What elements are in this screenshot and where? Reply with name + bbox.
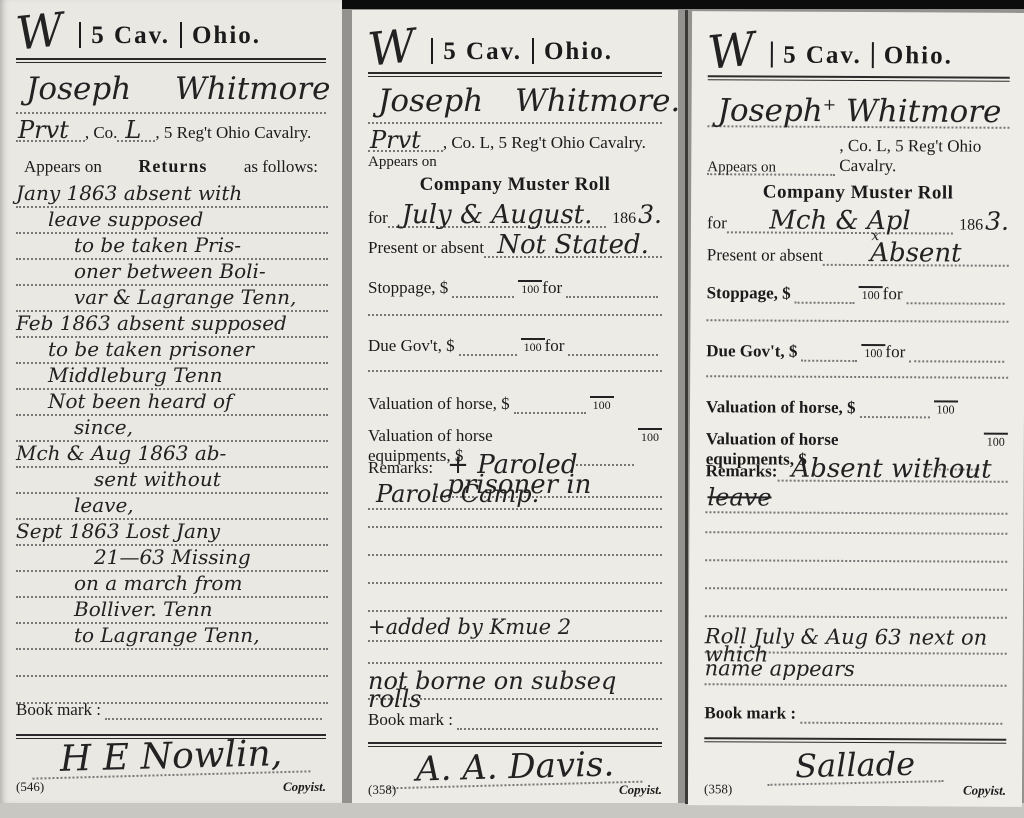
scanned-document: W 5 Cav. Ohio. Joseph Whitmore Prvt , Co… xyxy=(0,0,1024,818)
present-blank: Not Stated. xyxy=(484,236,662,258)
state-label: Ohio. xyxy=(884,42,953,70)
plate-number: (358) xyxy=(704,781,732,797)
entry-line: to Lagrange Tenn, xyxy=(16,624,328,650)
unit-label: 5 Cav. xyxy=(443,38,522,66)
blank-line xyxy=(705,615,1007,619)
year-printed: 186 xyxy=(953,217,985,235)
remarks-label: Remarks: xyxy=(368,458,433,478)
header-rule xyxy=(16,58,326,63)
amount-blank xyxy=(860,398,930,418)
reason-blank xyxy=(566,278,658,298)
as-follows-label: as follows: xyxy=(244,157,318,177)
remarks-blank: Absent without xyxy=(777,460,1007,483)
reason-blank xyxy=(906,284,1004,305)
header-divider xyxy=(79,22,81,48)
cents-fraction: 100 xyxy=(934,400,958,417)
book-mark-blank xyxy=(457,710,658,730)
reference-mark: + xyxy=(823,95,837,114)
reason-blank xyxy=(568,336,658,356)
blank-line xyxy=(16,650,328,677)
entry-line: Feb 1863 absent supposed xyxy=(16,312,328,338)
returns-entries: Jany 1863 absent with leave supposed to … xyxy=(16,182,328,704)
entry-line: leave supposed xyxy=(16,208,328,234)
appears-on-label: Appears on xyxy=(368,154,437,171)
muster-title-row: Company Muster Roll xyxy=(368,174,662,196)
note-row: not borne on subseq rolls xyxy=(368,672,662,700)
plate-number: (358) xyxy=(368,782,396,798)
soldier-first-name: Joseph xyxy=(717,93,822,130)
rank-row: Prvt , Co. L, 5 Reg't Ohio Cavalry. xyxy=(368,130,662,153)
remarks-value: Parole Camp. xyxy=(368,486,539,502)
due-govt-row: Due Gov't, $ 100 for xyxy=(706,341,1008,363)
present-or-absent-label: Present or absent xyxy=(707,245,823,266)
rank-row: Prvt , Co. L , 5 Reg't Ohio Cavalry. xyxy=(16,120,326,143)
blank-line xyxy=(368,554,662,556)
book-mark-row: Book mark : xyxy=(368,710,662,730)
copyist-signature: H E Nowlin, xyxy=(31,736,310,779)
record-type-label: Returns xyxy=(138,156,207,177)
blank-line xyxy=(368,314,662,316)
soldier-name: Joseph Whitmore. xyxy=(378,84,680,118)
entry-line: Mch & Aug 1863 ab- xyxy=(16,442,328,468)
entry-line: Jany 1863 absent with xyxy=(16,182,328,208)
for-label: for xyxy=(707,213,727,233)
card-gap-shadow xyxy=(685,10,688,804)
amount-blank xyxy=(459,336,517,356)
present-or-absent-label: Present or absent xyxy=(368,238,484,258)
present-value: Not Stated. xyxy=(497,230,649,260)
year-hand: 3. xyxy=(638,206,662,224)
entry-line: 21—63 Missing xyxy=(16,546,328,572)
entry-line: sent without xyxy=(16,468,328,494)
signature-row: Sallade xyxy=(704,747,1006,785)
blank-line xyxy=(706,319,1008,323)
rank-value: Prvt xyxy=(16,120,85,142)
unit-label: 5 Cav. xyxy=(91,22,170,50)
period-row: for July & August. 186 3. xyxy=(368,206,662,228)
stoppage-row: Stoppage, $ 100 for xyxy=(707,283,1009,305)
header-divider xyxy=(532,38,534,64)
stoppage-label: Stoppage, $ xyxy=(707,283,791,303)
for-word: for xyxy=(545,336,565,356)
soldier-name: Joseph+ Whitmore xyxy=(717,87,1001,129)
plate-number: (546) xyxy=(16,779,44,795)
reason-blank xyxy=(909,342,1004,362)
remarks-value: leave xyxy=(705,489,771,505)
present-or-absent-row: Present or absent Not Stated. xyxy=(368,236,662,258)
company-value: L xyxy=(117,120,155,142)
note-line: not borne on subseq rolls xyxy=(368,672,662,708)
due-govt-row: Due Gov't, $ 100 for xyxy=(368,336,662,356)
card-header: W 5 Cav. Ohio. xyxy=(16,12,326,50)
soldier-name-row: Joseph Whitmore. xyxy=(368,84,662,124)
appears-on-row: Appears on xyxy=(368,154,662,171)
signature-row: H E Nowlin, xyxy=(16,740,326,776)
signature-row: A. A. Davis. xyxy=(368,750,662,786)
copyist-label: Copyist. xyxy=(963,783,1006,799)
blank-line xyxy=(368,610,662,612)
remarks-label: Remarks: xyxy=(706,461,778,481)
entry-line: Sept 1863 Lost Jany xyxy=(16,520,328,546)
blank-line xyxy=(705,587,1007,591)
book-mark-label: Book mark : xyxy=(704,703,796,723)
unit-label: 5 Cav. xyxy=(783,42,862,70)
soldier-name: Joseph Whitmore xyxy=(26,72,330,106)
cents-fraction: 100 xyxy=(859,286,883,303)
book-mark-blank xyxy=(105,700,322,720)
entry-line: on a march from xyxy=(16,572,328,598)
handwritten-initial: W xyxy=(706,29,763,72)
year-printed: 186 xyxy=(606,210,638,228)
note-row: Roll July & Aug 63 next on which xyxy=(705,627,1007,655)
entry-line: to be taken Pris- xyxy=(16,234,328,260)
amount-blank xyxy=(514,394,586,414)
rank-value: Prvt xyxy=(368,130,443,152)
remarks-line2: leave xyxy=(705,489,1007,515)
period-blank: Mch & Apl xyxy=(727,211,953,234)
check-mark: x xyxy=(871,229,879,243)
scan-edge xyxy=(236,0,1024,9)
present-value: Absent xyxy=(870,238,961,268)
period-blank: July & August. xyxy=(388,206,606,228)
muster-roll-title: Company Muster Roll xyxy=(368,174,662,196)
soldier-name-row: Joseph+ Whitmore xyxy=(707,87,1009,129)
entry-line: Middleburg Tenn xyxy=(16,364,328,390)
copyist-label: Copyist. xyxy=(619,782,662,798)
blank-line xyxy=(705,531,1007,535)
amount-blank xyxy=(801,342,857,362)
stoppage-label: Stoppage, $ xyxy=(368,278,448,298)
state-label: Ohio. xyxy=(544,38,613,66)
muster-roll-title: Company Muster Roll xyxy=(707,181,1009,205)
soldier-name-row: Joseph Whitmore xyxy=(16,72,326,114)
card-footer: (546) Copyist. xyxy=(16,779,326,795)
soldier-last-name: Whitmore xyxy=(846,93,1002,130)
cents-fraction: 100 xyxy=(861,344,885,361)
valuation-horse-row: Valuation of horse, $ 100 xyxy=(368,394,662,414)
blank-line xyxy=(368,662,662,664)
header-divider xyxy=(872,42,874,68)
book-mark-label: Book mark : xyxy=(16,700,101,720)
amount-blank xyxy=(452,278,514,298)
copyist-label: Copyist. xyxy=(283,779,326,795)
amount-blank xyxy=(795,284,855,304)
card-footer: (358) Copyist. xyxy=(368,782,662,798)
cents-fraction: 100 xyxy=(590,396,614,412)
entry-line: var & Lagrange Tenn, xyxy=(16,286,328,312)
blank-line xyxy=(368,526,662,528)
header-rule xyxy=(368,72,662,77)
state-label: Ohio. xyxy=(192,22,261,50)
regiment-label: , 5 Reg't Ohio Cavalry. xyxy=(155,123,311,143)
appears-on-row: Appears on Returns as follows: xyxy=(16,156,326,177)
year-hand: 3. xyxy=(985,213,1009,231)
for-word: for xyxy=(883,284,903,304)
blank-line xyxy=(368,582,662,584)
card-header: W 5 Cav. Ohio. xyxy=(708,31,1010,71)
period-value: Mch & Apl xyxy=(769,206,910,237)
remarks-row: Remarks: Absent without xyxy=(706,459,1008,483)
header-divider xyxy=(180,22,182,48)
company-label: , Co. xyxy=(85,123,118,143)
valuation-horse-row: Valuation of horse, $ 100 xyxy=(706,397,1008,419)
handwritten-initial: W xyxy=(366,25,423,68)
note-row: +added by Kmue 2 xyxy=(368,618,662,642)
stoppage-row: Stoppage, $ 100 for xyxy=(368,278,662,298)
period-value: July & August. xyxy=(402,200,593,230)
muster-title-row: Company Muster Roll xyxy=(707,181,1009,205)
entry-line: since, xyxy=(16,416,328,442)
appears-on-label: Appears on xyxy=(24,157,102,177)
period-row: for Mch & Apl 186 3. xyxy=(707,211,1009,235)
valuation-horse-label: Valuation of horse, $ xyxy=(706,397,856,418)
entry-line: oner between Boli- xyxy=(16,260,328,286)
due-govt-label: Due Gov't, $ xyxy=(368,336,455,356)
signature-rule xyxy=(704,737,1006,744)
book-mark-row: Book mark : xyxy=(704,703,1006,725)
note-row: name appears xyxy=(705,659,1007,687)
appears-on-row: Appears on xyxy=(707,159,1009,178)
valuation-horse-label: Valuation of horse, $ xyxy=(368,394,510,414)
present-blank: xAbsent xyxy=(823,244,1009,267)
entry-line: Not been heard of xyxy=(16,390,328,416)
card-header: W 5 Cav. Ohio. xyxy=(368,28,662,66)
for-word: for xyxy=(542,278,562,298)
cents-fraction: 100 xyxy=(984,433,1008,450)
copyist-signature: Sallade xyxy=(767,746,944,786)
cents-fraction: 100 xyxy=(518,280,542,296)
cents-fraction: 100 xyxy=(521,338,545,354)
handwritten-initial: W xyxy=(14,9,71,52)
header-divider xyxy=(431,38,433,64)
note-line: name appears xyxy=(705,659,855,678)
muster-roll-card-jul-aug: W 5 Cav. Ohio. Joseph Whitmore. Prvt , C… xyxy=(352,10,678,803)
entry-line: Bolliver. Tenn xyxy=(16,598,328,624)
remarks-value: Absent without xyxy=(791,454,991,485)
header-rule xyxy=(708,75,1010,82)
blank-line xyxy=(705,559,1007,563)
book-mark-row: Book mark : xyxy=(16,700,326,720)
cents-fraction: 100 xyxy=(638,428,662,444)
for-word: for xyxy=(885,342,905,362)
blank-line xyxy=(368,370,662,372)
regiment-label: , Co. L, 5 Reg't Ohio Cavalry. xyxy=(443,133,646,153)
for-label: for xyxy=(368,208,388,228)
book-mark-blank xyxy=(800,704,1002,725)
book-mark-label: Book mark : xyxy=(368,710,453,730)
due-govt-label: Due Gov't, $ xyxy=(706,341,797,361)
entry-line: to be taken prisoner xyxy=(16,338,328,364)
present-or-absent-row: Present or absent xAbsent xyxy=(707,243,1009,267)
header-divider xyxy=(771,42,773,68)
note-line: +added by Kmue 2 xyxy=(368,618,571,636)
entry-line: leave, xyxy=(16,494,328,520)
returns-card: W 5 Cav. Ohio. Joseph Whitmore Prvt , Co… xyxy=(0,0,342,803)
appears-on-label: Appears on xyxy=(707,159,776,176)
remarks-line2: Parole Camp. xyxy=(368,486,662,510)
blank-line xyxy=(706,375,1008,379)
card-footer: (358) Copyist. xyxy=(704,781,1006,799)
muster-roll-card-mch-apl: W 5 Cav. Ohio. Joseph+ Whitmore , Co. L,… xyxy=(688,11,1024,807)
